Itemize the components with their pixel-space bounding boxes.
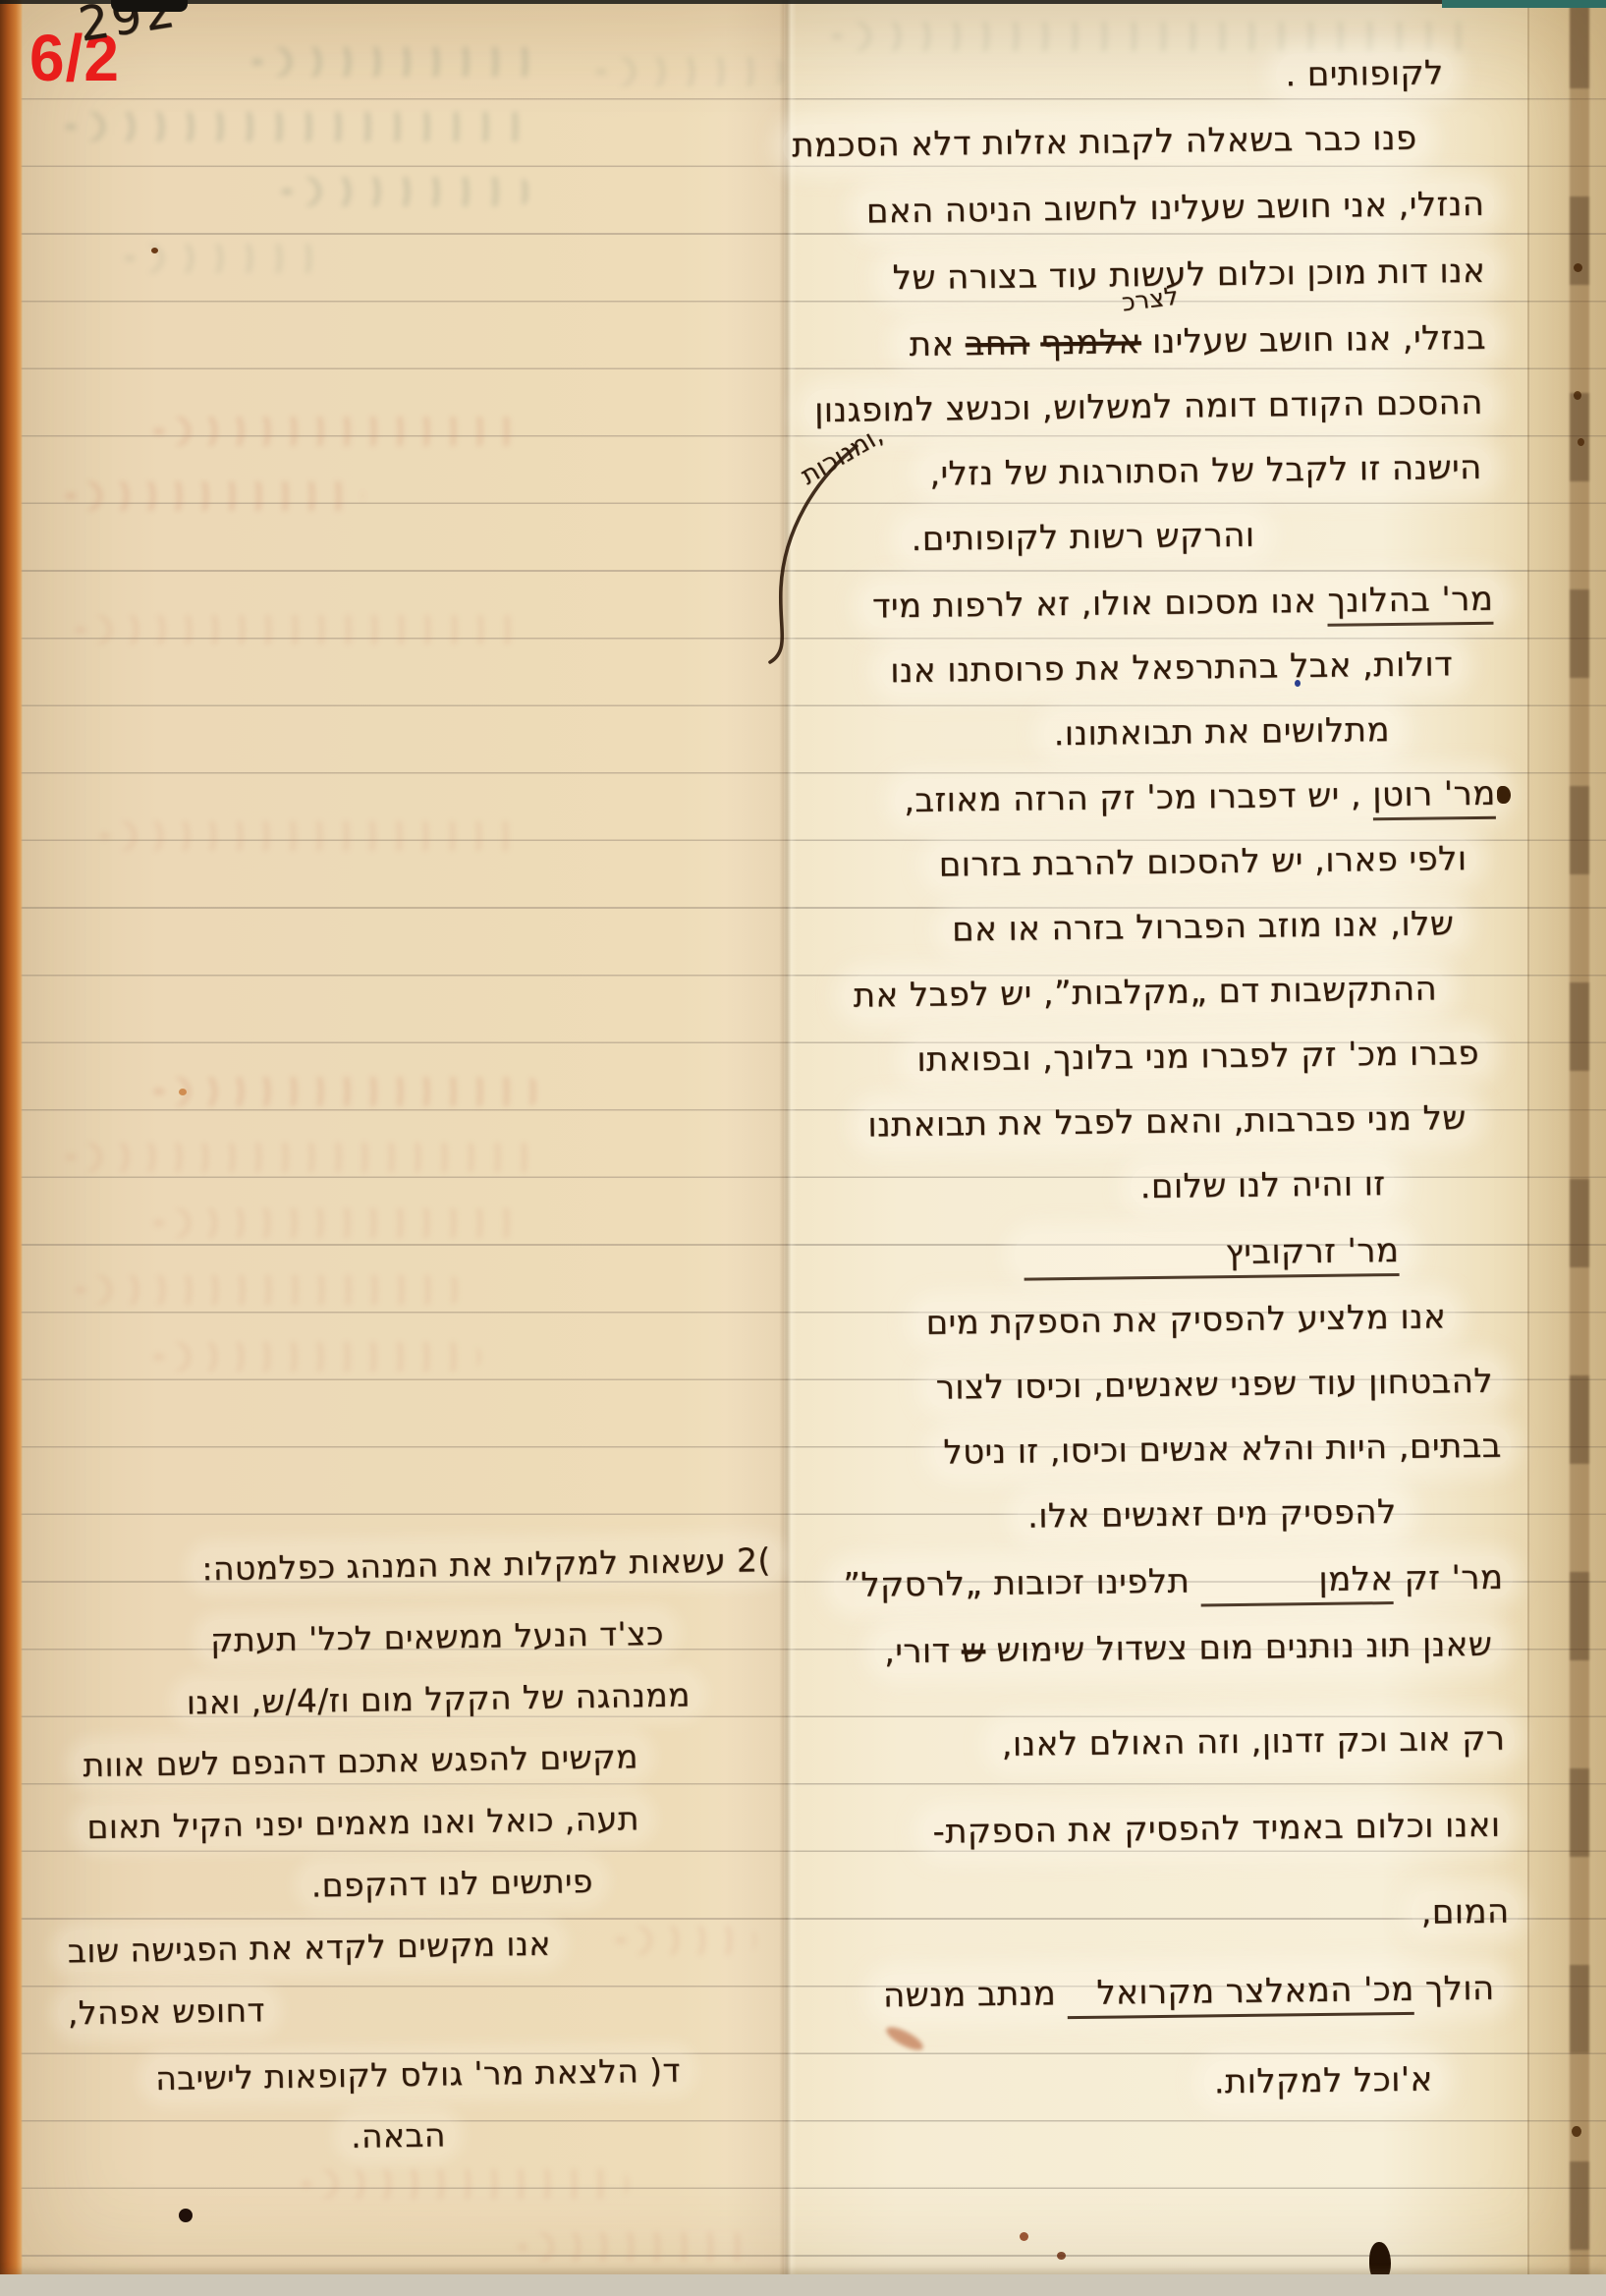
text-segment: , יש דפברו מכ' זק הרזה מאוזב, bbox=[904, 775, 1373, 820]
bottom-scan-edge bbox=[0, 2274, 1606, 2296]
right-edge-shadow-strip bbox=[1570, 0, 1589, 2296]
text-line-speaker: מר' רוטן , יש דפברו מכ' זק הרזה מאוזב, bbox=[894, 772, 1506, 823]
text-line: אנו מלציע להפסיק את הספקת מים bbox=[915, 1295, 1456, 1345]
ink-dot bbox=[179, 2209, 193, 2222]
text-line: להפסיק מים זאנשים אלו. bbox=[1018, 1490, 1407, 1539]
text-line: ממנהגה של הקקל מום וז/4/ש, ואנו bbox=[177, 1673, 701, 1723]
struck-word: החב bbox=[965, 323, 1029, 364]
text-line: מקשים להפגש אתכם דהנפם לשם אוות bbox=[73, 1735, 648, 1786]
text-segment: תלפינו זכובות „לרסקל” bbox=[843, 1561, 1201, 1604]
top-edge-mark bbox=[111, 0, 188, 12]
text-line: תעה, כואל ואנו מאמים יפני הקיל תאום bbox=[77, 1797, 649, 1848]
text-line: ד( הלצאת מר' גולס לקופאות לישיבה bbox=[145, 2048, 691, 2100]
text-line-with-strikethrough: שאנן תונ נותנים מום צשדול שימוש ש דורי, bbox=[874, 1623, 1503, 1674]
struck-word: ש bbox=[961, 1631, 985, 1670]
underlined-speaker-name: מר' זרקוביץ bbox=[1024, 1231, 1399, 1281]
text-segment: דורי, bbox=[884, 1631, 962, 1671]
text-line: של מני פברבות, והאם לפבל את תבואתנו bbox=[858, 1096, 1476, 1148]
text-line: מתלושים את תבואתונו. bbox=[1043, 708, 1400, 756]
text-segment: אנו מסכום אולו, זא לרפות מיד bbox=[872, 582, 1328, 627]
rust-speck bbox=[1057, 2252, 1066, 2260]
underlined-name: מכ' המאלצר מקרואל bbox=[1067, 1970, 1414, 2019]
underlined-speaker-name: מר' רוטן bbox=[1372, 774, 1496, 821]
text-line-speaker: מר' זק אלמן תלפינו זכובות „לרסקל” bbox=[833, 1556, 1514, 1607]
blue-ink-dot bbox=[1295, 680, 1301, 687]
binding-edge bbox=[0, 0, 23, 2296]
text-line: והרקש רשות לקופותים. bbox=[901, 514, 1264, 562]
right-edge-line bbox=[1527, 0, 1529, 2296]
text-line: שלו, אנו מוזב הפברול בזרה או אם bbox=[942, 902, 1465, 951]
text-line: ולפי פארו, יש להסכום להרבת בזרום bbox=[928, 837, 1476, 887]
text-line: פיתשים לנו דהקפם. bbox=[301, 1860, 603, 1907]
ink-speck bbox=[151, 248, 158, 253]
struck-word: אלמנף bbox=[1040, 322, 1141, 363]
text-line: דחופש אפהל, bbox=[58, 1988, 276, 2034]
text-line-with-strikethrough: בנזלי, אנו חושב שעלינו אלמנף החב את bbox=[899, 316, 1496, 366]
text-line: בבתים, היות והלא אנשים וכיסו, זו ניטל bbox=[933, 1425, 1512, 1475]
text-line: )2 עשאות למקלות את המנהג כפלמטה: bbox=[192, 1539, 781, 1590]
scanned-notebook-page: { "corner_label": "6/2", "page_number": … bbox=[0, 0, 1606, 2296]
text-line: להבטחון עוד שפני שאנשים, וכיסו לצור bbox=[925, 1360, 1503, 1410]
text-line: זו והיה לנו שלום. bbox=[1130, 1162, 1395, 1208]
text-line: הבאה. bbox=[341, 2113, 456, 2157]
text-segment: בנזלי, אנו חושב שעלינו bbox=[1141, 318, 1487, 362]
secondary-text-column: )2 עשאות למקלות את המנהג כפלמטה: כצ'ד הנ… bbox=[7, 0, 795, 2296]
text-line: ואנו וכלום באמיד להפסיק את הספקת- bbox=[922, 1804, 1511, 1854]
text-segment: שאנן תונ נותנים מום צשדול שימוש bbox=[985, 1625, 1492, 1670]
top-scan-edge bbox=[0, 0, 1606, 4]
text-segment: מנתב מנשה bbox=[883, 1974, 1068, 2015]
text-line: דולות, אבל בהתרפאל את פרוסתנו אנו bbox=[880, 643, 1463, 693]
top-right-scan-edge bbox=[1442, 0, 1606, 8]
text-line: הנזלי, אני חושב שעלינו לחשוב הניטה האם bbox=[857, 183, 1495, 234]
main-text-column: לקופותים . פנו כבר בשאלה לקבות אזלות דלא… bbox=[777, 0, 1531, 2296]
text-line: ההתקשבות דם „מקלבות”, יש לפבל את bbox=[843, 967, 1447, 1018]
text-line: פברו מכ' זק לפברו מני בלונך, ובפואתו bbox=[907, 1032, 1489, 1082]
text-segment: את bbox=[909, 324, 966, 364]
rust-speck bbox=[179, 1089, 187, 1095]
text-line: ההסכם הקודם דומה למשלוש, וכנשצ למופגנון bbox=[804, 381, 1493, 433]
right-page-edge bbox=[1529, 0, 1606, 2296]
text-line: רק אוב וכק זדנון, וזה האולם לאנו, bbox=[991, 1717, 1515, 1767]
insertion-flourish-stroke bbox=[758, 440, 876, 666]
rust-speck bbox=[1020, 2232, 1028, 2241]
text-line: המום, bbox=[1411, 1890, 1519, 1934]
ink-blot bbox=[1497, 786, 1511, 804]
text-line-speaker: מר' זרקוביץ bbox=[1014, 1229, 1409, 1277]
text-line-speaker: הולך מכ' המאלצר מקרואל מנתב מנשה bbox=[873, 1967, 1505, 2018]
section-heading: לקופותים . bbox=[1275, 51, 1454, 96]
text-line: אנו מקשים לקדא את הפגישה שוב bbox=[58, 1923, 562, 1973]
text-line: א'וכל למקלות. bbox=[1203, 2057, 1442, 2103]
text-line: הישנה זו לקבל של הסתורגות של נזלי, bbox=[919, 446, 1492, 496]
text-line: אנו דות מוכן וכלום לעשות עוד בצורה של bbox=[882, 250, 1495, 301]
text-segment: הולך bbox=[1413, 1969, 1494, 2009]
underlined-speaker-name: אלמן bbox=[1200, 1559, 1394, 1606]
text-line: פנו כבר בשאלה לקבות אזלות דלא הסכמת bbox=[782, 117, 1427, 168]
underlined-speaker-name: מר' בהלונך bbox=[1327, 580, 1493, 627]
text-line-speaker: מר' בהלונך אנו מסכום אולו, זא לרפות מיד bbox=[862, 578, 1504, 629]
text-line: כצ'ד הנעל ממשאים לכל' תעתק bbox=[200, 1612, 674, 1662]
text-segment: מר' זק bbox=[1393, 1558, 1503, 1598]
